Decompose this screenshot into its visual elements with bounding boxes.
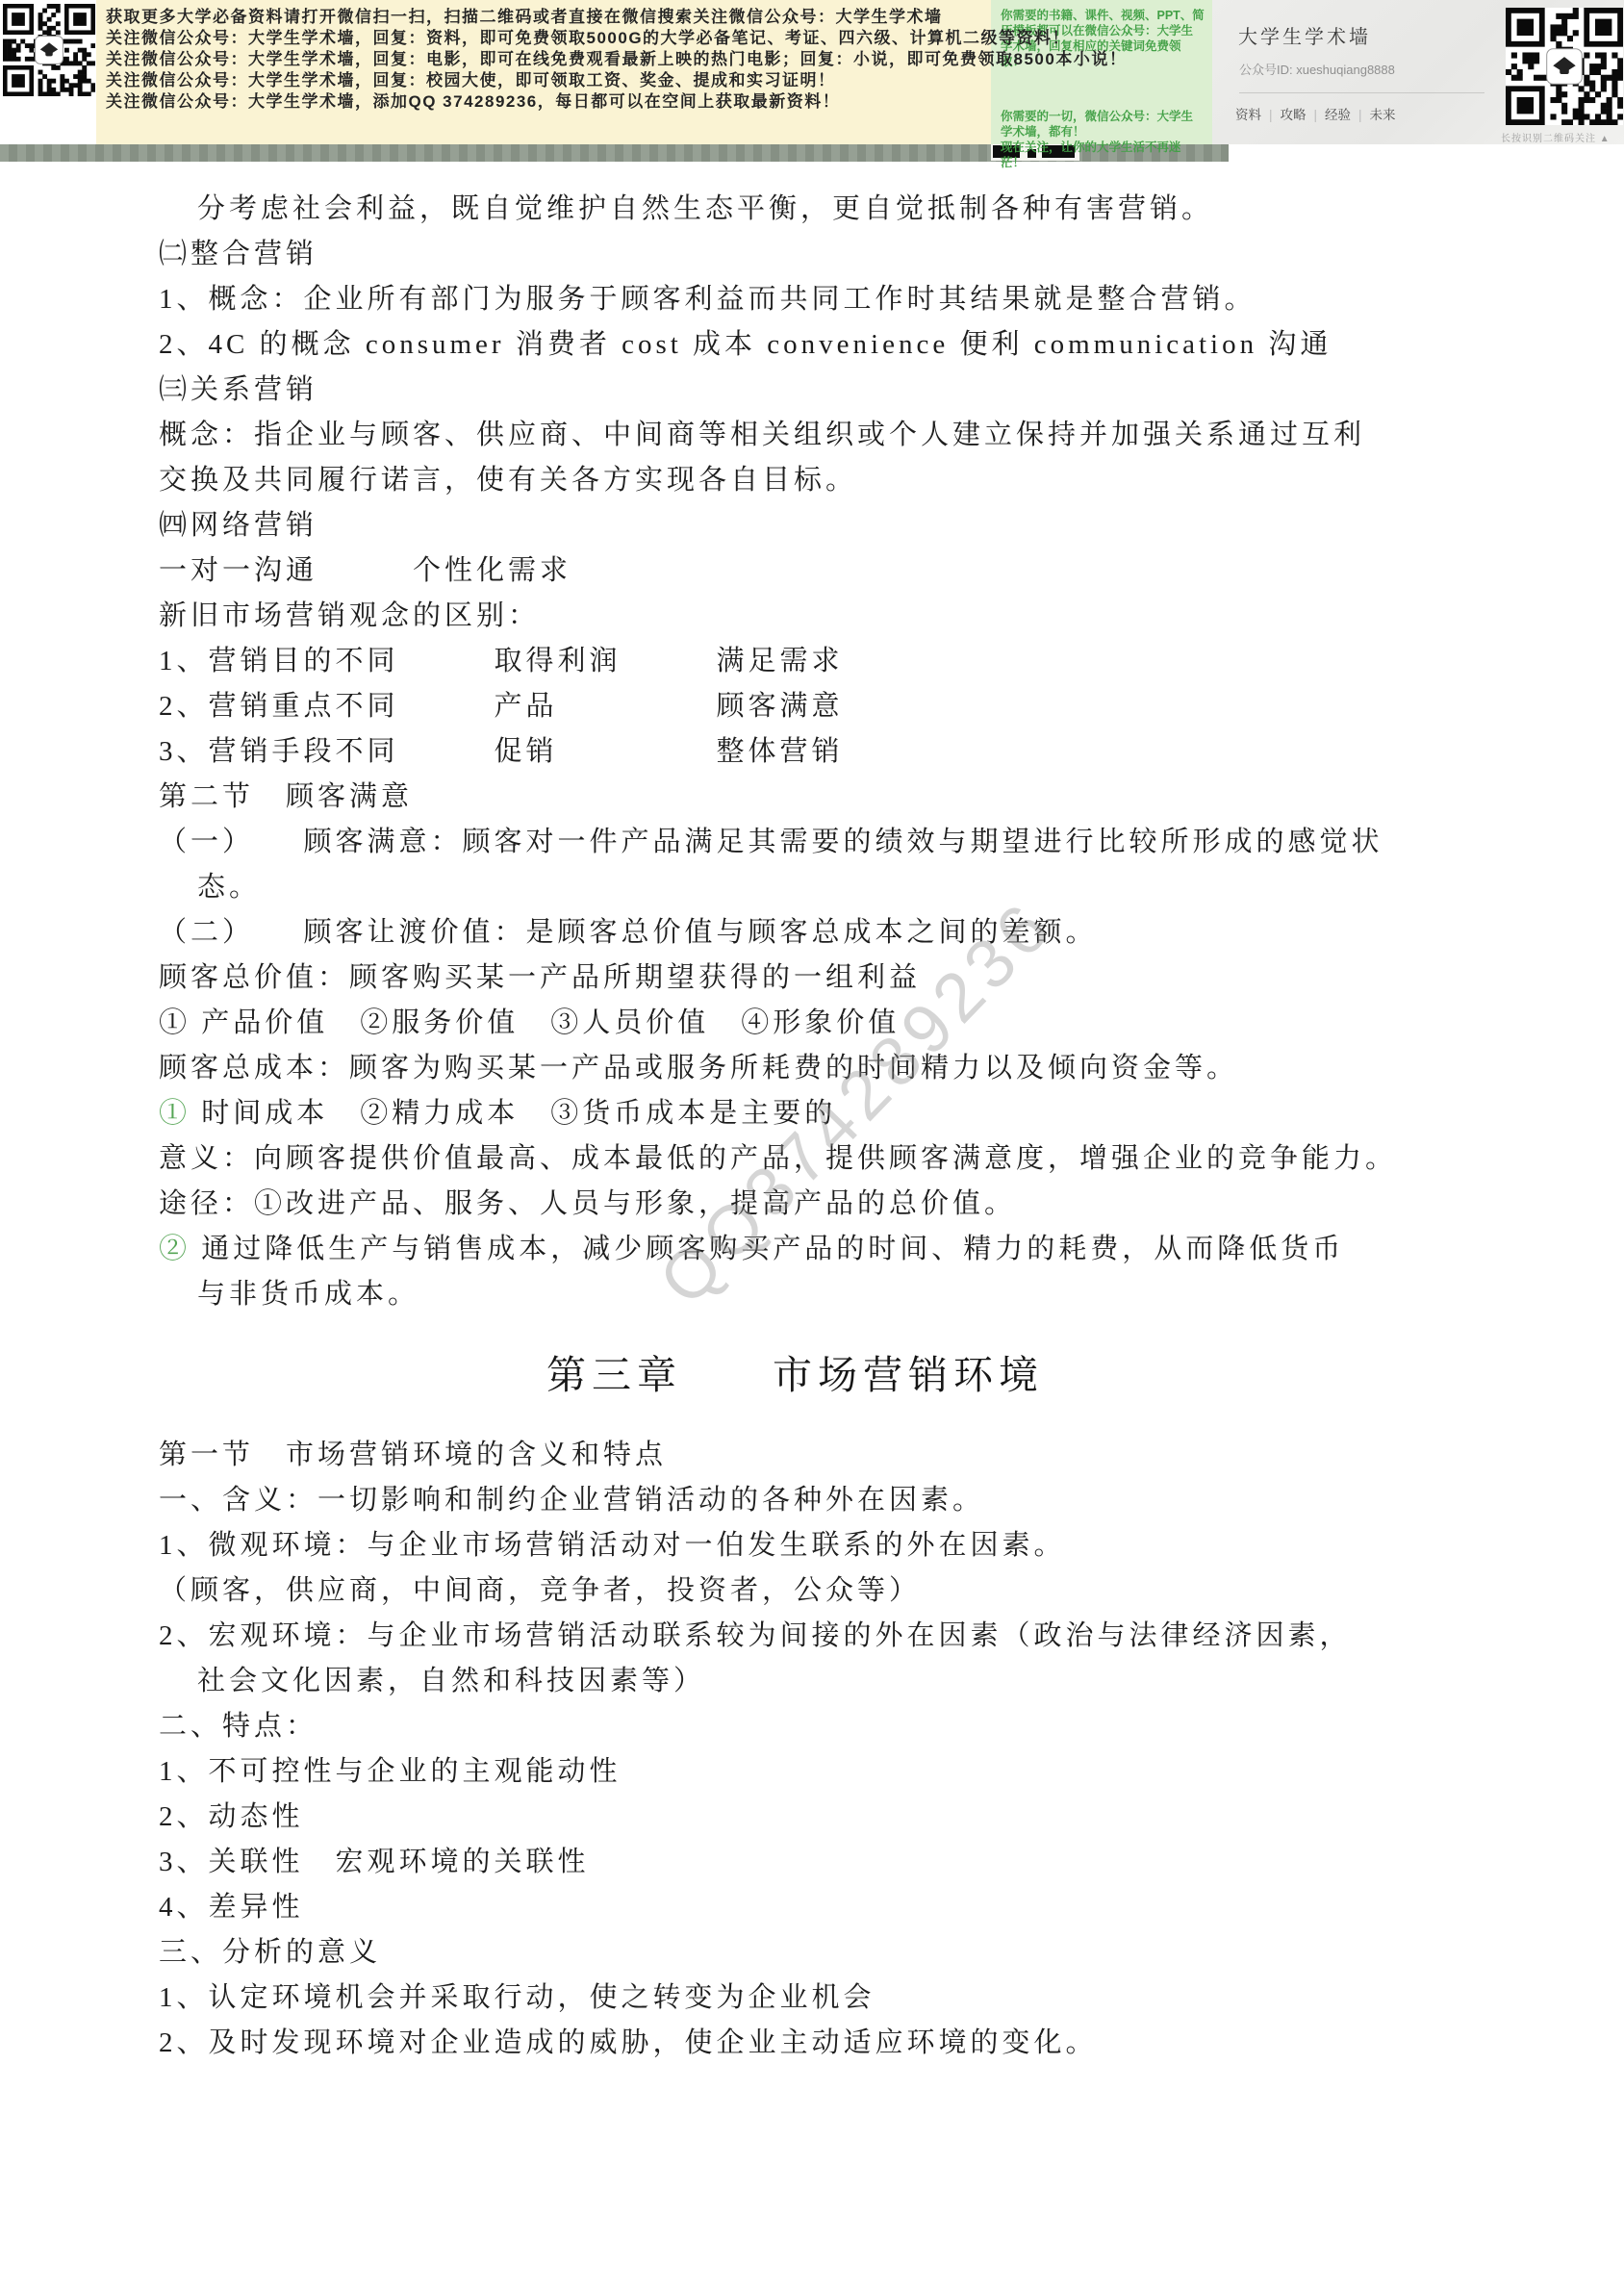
tab-separator: | [1351,108,1370,122]
promo-green-panel: 你需要的书籍、课件、视频、PPT、简历模板都可以在微信公众号：大学生学术墙，回复… [991,0,1212,144]
card-tab: 资料 [1235,108,1261,122]
tab-separator: | [1261,108,1281,122]
doc-line: 一、含义：一切影响和制约企业营销活动的各种外在因素。 [159,1478,1547,1523]
card-tab: 经验 [1325,108,1351,122]
doc-line: （二） 顾客让渡价值：是顾客总价值与顾客总成本之间的差额。 [159,910,1547,956]
card-divider [1239,92,1484,93]
account-tabs: 资料|攻略|经验|未来 [1235,104,1396,123]
chapter-heading: 第三章 市场营销环境 [159,1317,1547,1433]
account-card: 大学生学术墙 公众号ID: xueshuqiang8888 资料|攻略|经验|未… [1212,0,1624,144]
doc-line: ① 产品价值 ②服务价值 ③人员价值 ④形象价值 [159,1001,1547,1046]
doc-line: 顾客总成本：顾客为购买某一产品或服务所耗费的时间精力以及倾向资金等。 [159,1046,1547,1091]
promo-line: 获取更多大学必备资料请打开微信扫一扫，扫描二维码或者直接在微信搜索关注微信公众号… [106,7,983,28]
promo-header: 获取更多大学必备资料请打开微信扫一扫，扫描二维码或者直接在微信搜索关注微信公众号… [0,0,1624,162]
doc-line: 1、不可控性与企业的主观能动性 [159,1749,1547,1795]
doc-line: 2、4C 的概念 consumer 消费者 cost 成本 convenienc… [159,322,1547,368]
account-title: 大学生学术墙 [1238,21,1371,49]
doc-line: 态。 [159,865,1547,910]
doc-line: 意义：向顾客提供价值最高、成本最低的产品，提供顾客满意度，增强企业的竞争能力。 [159,1136,1547,1182]
doc-line: 3、关联性 宏观环境的关联性 [159,1840,1547,1885]
doc-line: 2、动态性 [159,1795,1547,1840]
doc-line: ㈣网络营销 [159,503,1547,548]
doc-line: 1、认定环境机会并采取行动，使之转变为企业机会 [159,1975,1547,2021]
document-body: 分考虑社会利益，既自觉维护自然生态平衡，更自觉抵制各种有害营销。㈡整合营销1、概… [0,162,1624,2066]
doc-line: 概念：指企业与顾客、供应商、中间商等相关组织或个人建立保持并加强关系通过互利 [159,413,1547,458]
doc-line: （顾客，供应商，中间商，竞争者，投资者，公众等） [159,1568,1547,1614]
doc-line: 1、概念：企业所有部门为服务于顾客利益而共同工作时其结果就是整合营销。 [159,277,1547,322]
doc-line: 顾客总价值：顾客购买某一产品所期望获得的一组利益 [159,956,1547,1001]
card-tab: 攻略 [1281,108,1307,122]
doc-line: 社会文化因素，自然和科技因素等） [159,1659,1547,1704]
promo-text-panel: 获取更多大学必备资料请打开微信扫一扫，扫描二维码或者直接在微信搜索关注微信公众号… [96,0,991,144]
account-id: 公众号ID: xueshuqiang8888 [1239,60,1395,78]
doc-line: 与非货币成本。 [159,1272,1547,1317]
green-panel-text-2: 你需要的一切，微信公众号：大学生学术墙，都有！现在关注，让你的大学生活不再迷茫！ [1001,109,1205,170]
doc-line: 途径：①改进产品、服务、人员与形象，提高产品的总价值。 [159,1182,1547,1227]
doc-line: 3、营销手段不同 促销 整体营销 [159,729,1547,775]
promo-line: 关注微信公众号：大学生学术墙，回复：资料，即可免费领取5000G的大学必备笔记、… [106,28,983,49]
doc-line: （一） 顾客满意：顾客对一件产品满足其需要的绩效与期望进行比较所形成的感觉状 [159,820,1547,865]
promo-line: 关注微信公众号：大学生学术墙，回复：电影，即可在线免费观看最新上映的热门电影；回… [106,49,983,70]
doc-line: 一对一沟通 个性化需求 [159,548,1547,594]
doc-line: ② 通过降低生产与销售成本，减少顾客购买产品的时间、精力的耗费，从而降低货币 [159,1227,1547,1272]
doc-line: 二、特点： [159,1704,1547,1749]
doc-line: 2、宏观环境：与企业市场营销活动联系较为间接的外在因素（政治与法律经济因素， [159,1614,1547,1659]
wechat-qr-icon [3,4,95,96]
doc-line: 2、及时发现环境对企业造成的威胁，使企业主动适应环境的变化。 [159,2021,1547,2066]
doc-line: ㈢关系营销 [159,368,1547,413]
doc-line: 2、营销重点不同 产品 顾客满意 [159,684,1547,729]
doc-line: ① 时间成本 ②精力成本 ③货币成本是主要的 [159,1091,1547,1136]
doc-line: ㈡整合营销 [159,232,1547,277]
promo-line: 关注微信公众号：大学生学术墙，添加QQ 374289236，每日都可以在空间上获… [106,91,983,113]
doc-line: 1、微观环境：与企业市场营销活动对一伯发生联系的外在因素。 [159,1523,1547,1568]
card-tab: 未来 [1370,108,1396,122]
tab-separator: | [1307,108,1326,122]
doc-line: 交换及共同履行诺言，使有关各方实现各自目标。 [159,458,1547,503]
doc-line: 分考虑社会利益，既自觉维护自然生态平衡，更自觉抵制各种有害营销。 [159,187,1547,232]
qr-caption: 长按识别二维码关注 ▲ [1501,130,1611,144]
card-qr-icon [1506,8,1623,125]
doc-line: 新旧市场营销观念的区别： [159,594,1547,639]
doc-line: 1、营销目的不同 取得利润 满足需求 [159,639,1547,684]
scanned-document-page: 获取更多大学必备资料请打开微信扫一扫，扫描二维码或者直接在微信搜索关注微信公众号… [0,0,1624,2294]
doc-line: 第一节 市场营销环境的含义和特点 [159,1433,1547,1478]
doc-line: 第二节 顾客满意 [159,775,1547,820]
doc-line: 三、分析的意义 [159,1930,1547,1975]
doc-line: 4、差异性 [159,1885,1547,1930]
promo-line: 关注微信公众号：大学生学术墙，回复：校园大使，即可领取工资、奖金、提成和实习证明… [106,70,983,91]
